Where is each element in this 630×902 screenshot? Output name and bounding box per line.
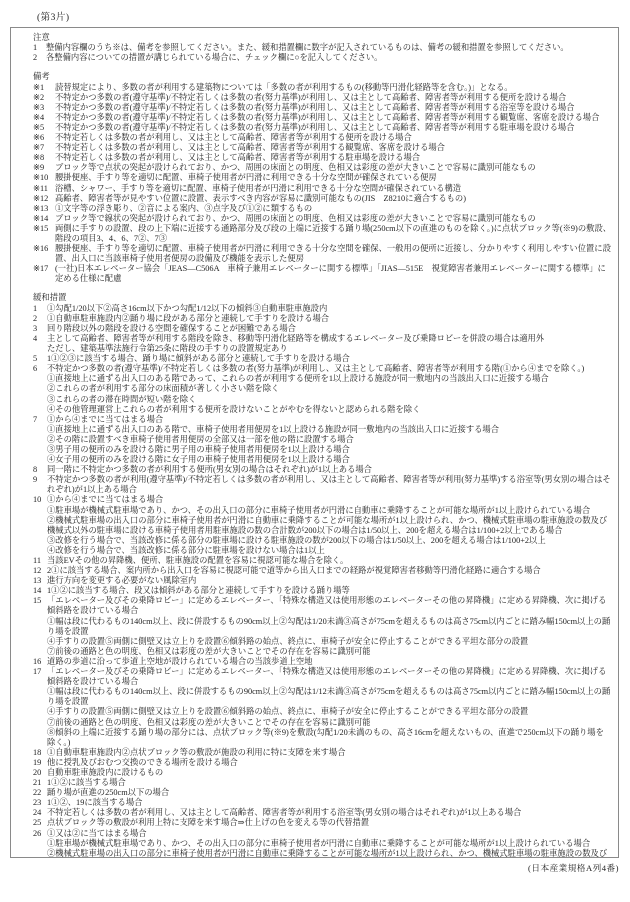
item-line: 不特定かつ多数の者(遵守基準)/不特定若しくは多数の者(努力基準)が利用し、又は… [55,123,612,133]
item-line: 1①②に該当する場合、段又は傾斜がある部分と連続して手すりを設ける踊り場等 [47,586,612,596]
list-item: 23 1①②、19に該当する場合 [33,798,612,808]
item-body: 読替規定により、多数の者が利用する建築物については「多数の者が利用するもの(移動… [55,83,612,93]
item-body: ①自動車駐車施設内②踊り場に段がある部分と連続して手すりを設ける場合 [47,314,612,324]
item-number: 2 [33,314,47,324]
item-number: ※1 [33,83,55,93]
item-line: ①幅は段に代わるもの140cm以上、段に併設するもの90cm以上②勾配は1/12… [47,687,612,707]
item-body: (一社)日本エレベーター協会「JEAS—C506A 車椅子兼用エレベーターに関す… [55,264,612,284]
item-body: 自動車駐車施設内に設けるもの [47,768,612,778]
item-body: 高齢者、障害者等が見やすい位置に設置、表示すべき内容が容易に識別可能なもの(JI… [55,194,612,204]
item-number: ※14 [33,214,55,224]
item-body: 不特定かつ多数の者(遵守基準)/不特定若しくは多数の者(努力基準)が利用し、又は… [55,93,612,103]
item-body: 当該EVその他の昇降機、便所、駐車施設の配置を容易に視認可能な場合を除く。 [47,556,612,566]
item-line: ③改修を行う場合で、当該改修に係る部分の駐車場に設ける駐車施設の数が200以下の… [47,536,612,546]
content-box: 注意 1 整備内容欄のうち※は、備考を参照してください。また、緩和措置欄に数字が… [10,27,619,858]
item-line: ①自動車駐車施設内②踊り場に段がある部分と連続して手すりを設ける場合 [47,314,612,324]
item-number: 10 [33,495,47,505]
item-number: 9 [33,475,47,485]
item-number: ※17 [33,264,55,274]
item-body: 不特定若しくは多数の者が利用し、又は主として高齢者、障害者等が利用する浴室等(男… [47,808,612,818]
item-body: 不特定かつ多数の者(遵守基準)/不特定若しくは多数の者(努力基準)が利用し、又は… [47,364,612,414]
item-number: 1 [33,304,47,314]
list-item: ※14 ブロック等で線状の突起が設けられており、かつ、周囲の床面との明度、色相又… [33,214,612,224]
item-line: ④その他管理運営上これらの者が利用する便所を設けないことがやむを得ないと認められ… [47,405,612,415]
item-line: ⑧傾斜の上端に近接する踊り場の部分には、点状ブロック等(※9)を敷設(勾配1/2… [47,728,612,748]
item-line: ①から④までに当てはまる場合 [47,415,612,425]
item-line: 整備内容欄のうち※は、備考を参照してください。また、緩和措置欄に数字が記入されて… [46,43,612,53]
item-body: 不特定若しくは多数の者が利用し、又は主として高齢者、障害者等が利用する便所を設け… [55,133,612,143]
item-body: 整備内容欄のうち※は、備考を参照してください。また、緩和措置欄に数字が記入されて… [46,43,612,53]
item-line: ①又は②に当てはまる場合 [47,829,612,839]
list-item: 2 各整備内容についての措置が講じられている場合に、チェック欄に○を記入してくだ… [33,53,612,63]
item-number: ※3 [33,103,55,113]
item-number: 7 [33,415,47,425]
item-line: ①駐車場が機械式駐車場であり、かつ、その出入口の部分に車椅子使用者が円滑に自動車… [47,839,612,849]
relaxations-list: 1 ①勾配1/20以下②高さ16cm以下かつ勾配1/12以下の傾斜③自動車駐車施… [33,304,612,858]
item-body: ブロック等で点状の突起が設けられており、かつ、周囲の床面との明度、色相又は彩度の… [55,163,612,173]
item-number: 21 [33,778,47,788]
list-item: 9 不特定かつ多数の者が利用(遵守基準)/不特定若しくは多数の者が利用し、又は主… [33,475,612,495]
item-line: ①自動車駐車施設内②点状ブロック等の敷設が施設の利用に特に支障を来す場合 [47,748,612,758]
item-body: 点状ブロック等の敷設が利用上特に支障を来す場合⇒仕上げの色を変える等の代替措置 [47,818,612,828]
item-line: 1①②、19に該当する場合 [47,798,612,808]
list-item: ※9 ブロック等で点状の突起が設けられており、かつ、周囲の床面との明度、色相又は… [33,163,612,173]
item-body: 回り階段以外の階段を設ける空間を確保することが困難である場合 [47,324,612,334]
item-number: 8 [33,465,47,475]
item-body: 不特定若しくは多数の者が利用し、又は主として高齢者、障害者等が利用する駐車場を設… [55,153,612,163]
list-item: 14 1①②に該当する場合、段又は傾斜がある部分と連続して手すりを設ける踊り場等 [33,586,612,596]
item-body: ブロック等で線状の突起が設けられており、かつ、周囲の床面との明度、色相又は彩度の… [55,214,612,224]
item-number: 17 [33,667,47,677]
item-line: ①文字等の浮き彫り、②音による案内、③点字及び①②に類するもの [55,204,612,214]
item-body: 1①②に該当する場合、段又は傾斜がある部分と連続して手すりを設ける踊り場等 [47,586,612,596]
item-line: 点状ブロック等の敷設が利用上特に支障を来す場合⇒仕上げの色を変える等の代替措置 [47,818,612,828]
item-number: 22 [33,788,47,798]
notice-heading: 注意 [33,33,612,43]
item-line: 回り階段以外の階段を設ける空間を確保することが困難である場合 [47,324,612,334]
list-item: 22 踊り場が直進の250cm以下の場合 [33,788,612,798]
item-body: 不特定かつ多数の者(遵守基準)/不特定若しくは多数の者(努力基準)が利用し、又は… [55,113,612,123]
item-line: ④女子用の便所のみを設ける階に女子用の車椅子使用者用便房を1以上設ける場合 [47,455,612,465]
list-item: ※8 不特定若しくは多数の者が利用し、又は主として高齢者、障害者等が利用する駐車… [33,153,612,163]
list-item: 11 当該EVその他の昇降機、便所、駐車施設の配置を容易に視認可能な場合を除く。 [33,556,612,566]
notice-section: 注意 1 整備内容欄のうち※は、備考を参照してください。また、緩和措置欄に数字が… [33,33,612,63]
item-number: ※8 [33,153,55,163]
item-line: 不特定かつ多数の者(遵守基準)/不特定若しくは多数の者(努力基準)が利用し、又は… [55,93,612,103]
list-item: 21 1①②に該当する場合 [33,778,612,788]
item-number: ※12 [33,194,55,204]
list-item: 12 2①に該当する場合、案内所から出入口を容易に視認可能で道等から出入口までの… [33,566,612,576]
item-body: ①又は②に当てはまる場合①駐車場が機械式駐車場であり、かつ、その出入口の部分に車… [47,829,612,858]
item-number: 20 [33,768,47,778]
item-body: ①から④までに当てはまる場合①駐車場が機械式駐車場であり、かつ、その出入口の部分… [47,495,612,556]
item-line: 浴槽、シャワー、手すり等を適切に配置、車椅子使用者が円滑に利用できる十分な空間が… [55,184,612,194]
item-number: 3 [33,324,47,334]
item-line: 2①に該当する場合、案内所から出入口を容易に視認可能で道等から出入口までの経路が… [47,566,612,576]
item-line: 1①②③に該当する場合、踊り場に傾斜がある部分と連続して手すりを設ける場合 [47,354,612,364]
item-number: ※15 [33,224,55,234]
item-number: 13 [33,576,47,586]
item-body: 1①②、19に該当する場合 [47,798,612,808]
item-body: 不特定かつ多数の者が利用(遵守基準)/不特定若しくは多数の者が利用し、又は主とし… [47,475,612,495]
item-body: 2①に該当する場合、案内所から出入口を容易に視認可能で道等から出入口までの経路が… [47,566,612,576]
item-body: 各整備内容についての措置が講じられている場合に、チェック欄に○を記入してください… [46,53,612,63]
item-body: ①勾配1/20以下②高さ16cm以下かつ勾配1/12以下の傾斜③自動車駐車施設内 [47,304,612,314]
item-line: 当該EVその他の昇降機、便所、駐車施設の配置を容易に視認可能な場合を除く。 [47,556,612,566]
item-line: 各整備内容についての措置が講じられている場合に、チェック欄に○を記入してください… [46,53,612,63]
item-line: ①直接地上に通ずる出入口のある階で、車椅子使用者用便房を1以上設ける施設が同一敷… [47,425,612,435]
relaxations-section: 緩和措置 1 ①勾配1/20以下②高さ16cm以下かつ勾配1/12以下の傾斜③自… [33,293,612,858]
item-line: ②機械式駐車場の出入口の部分に車椅子使用者が円滑に自動車に乗降することが可能な場… [47,849,612,858]
list-item: 2 ①自動車駐車施設内②踊り場に段がある部分と連続して手すりを設ける場合 [33,314,612,324]
item-line: 同一階に不特定かつ多数の者が利用する便所(男女別の場合はそれぞれ)が1以上ある場… [47,465,612,475]
list-item: ※7 不特定若しくは多数の者が利用し、又は主として高齢者、障害者等が利用する観覧… [33,143,612,153]
item-line: ④手すりの設置⑤両側に側壁又は立上りを設置⑥傾斜路の始点、終点に、車椅子が安全に… [47,707,612,717]
item-number: 6 [33,364,47,374]
item-line: ⑦前後の通路と色の明度、色相又は彩度の差が大きいことでその存在を容易に識別可能 [47,718,612,728]
list-item: ※2 不特定かつ多数の者(遵守基準)/不特定若しくは多数の者(努力基準)が利用し… [33,93,612,103]
item-line: 腰掛便座、手すり等を適切に配置、車椅子使用者が円滑に利用できる十分な空間を確保、… [55,244,612,264]
list-item: 20 自動車駐車施設内に設けるもの [33,768,612,778]
item-body: 両側に手すりの設置、段の上下端に近接する通路部分及び段の上端に近接する踊り場(2… [55,224,612,244]
item-line: ③これらの者の滞在時間が短い階を除く [47,395,612,405]
item-number: 18 [33,748,47,758]
list-item: ※10 腰掛便座、手すり等を適切に配置、車椅子使用者が円滑に利用できる十分な空間… [33,173,612,183]
item-body: ①文字等の浮き彫り、②音による案内、③点字及び①②に類するもの [55,204,612,214]
item-line: 不特定若しくは多数の者が利用し、又は主として高齢者、障害者等が利用する便所を設け… [55,133,612,143]
list-item: 16 道路の歩道に沿って歩道上空地が設けられている場合の当該歩道上空地 [33,657,612,667]
item-line: ②これらの者が利用する部分の床面積が著しく小さい階を除く [47,384,612,394]
item-body: 腰掛便座、手すり等を適切に配置、車椅子使用者が円滑に利用できる十分な空間が確保さ… [55,173,612,183]
item-line: ②機械式駐車場の出入口の部分に車椅子使用者が円滑に自動車に乗降することが可能な場… [47,516,612,536]
list-item: ※4 不特定かつ多数の者(遵守基準)/不特定若しくは多数の者(努力基準)が利用し… [33,113,612,123]
item-number: ※6 [33,133,55,143]
item-number: 15 [33,596,47,606]
item-number: 1 [33,43,46,53]
item-number: 12 [33,566,47,576]
item-body: 他に授乳及びおむつ交換のできる場所を設ける場合 [47,758,612,768]
item-number: 25 [33,818,47,828]
item-number: ※11 [33,184,55,194]
relaxations-heading: 緩和措置 [33,293,612,303]
item-number: 2 [33,53,46,63]
item-body: 不特定若しくは多数の者が利用し、又は主として高齢者、障害者等が利用する観覧席、客… [55,143,612,153]
item-number: 5 [33,354,47,364]
item-line: ただし、建築基準法施行令第25条に階段の手すりの設置規定あり [47,344,612,354]
remarks-heading: 備考 [33,72,612,82]
list-item: 19 他に授乳及びおむつ交換のできる場所を設ける場合 [33,758,612,768]
remarks-list: ※1 読替規定により、多数の者が利用する建築物については「多数の者が利用するもの… [33,83,612,285]
item-number: ※2 [33,93,55,103]
item-body: 同一階に不特定かつ多数の者が利用する便所(男女別の場合はそれぞれ)が1以上ある場… [47,465,612,475]
item-line: 道路の歩道に沿って歩道上空地が設けられている場合の当該歩道上空地 [47,657,612,667]
item-line: ①から④までに当てはまる場合 [47,495,612,505]
item-line: 不特定かつ多数の者(遵守基準)/不特定若しくは多数の者(努力基準)が利用し、又は… [55,113,612,123]
sheet-label: (第3片) [37,9,70,23]
item-body: 不特定かつ多数の者(遵守基準)/不特定若しくは多数の者(努力基準)が利用し、又は… [55,123,612,133]
item-line: ①直接地上に通ずる出入口のある階であって、これらの者が利用する便所を1以上設ける… [47,374,612,384]
item-body: 「エレベーター及びその乗降ロビー」に定めるエレベーター、「特殊な構造又は使用形態… [47,667,612,748]
item-line: 不特定若しくは多数の者が利用し、又は主として高齢者、障害者等が利用する浴室等(男… [47,808,612,818]
list-item: 4 主として高齢者、障害者等が利用する階段を除き、移動等円滑化経路等を構成するエ… [33,334,612,354]
list-item: 6 不特定かつ多数の者(遵守基準)/不特定若しくは多数の者(努力基準)が利用し、… [33,364,612,414]
item-number: 4 [33,334,47,344]
item-line: 不特定若しくは多数の者が利用し、又は主として高齢者、障害者等が利用する駐車場を設… [55,153,612,163]
item-body: ①自動車駐車施設内②点状ブロック等の敷設が施設の利用に特に支障を来す場合 [47,748,612,758]
item-number: 26 [33,829,47,839]
item-body: 1①②に該当する場合 [47,778,612,788]
item-line: 不特定若しくは多数の者が利用し、又は主として高齢者、障害者等が利用する観覧席、客… [55,143,612,153]
item-body: 進行方向を変更する必要がない風除室内 [47,576,612,586]
item-line: 「エレベーター及びその乗降ロビー」に定めるエレベーター、「特殊な構造又は使用形態… [47,596,612,616]
item-number: ※7 [33,143,55,153]
list-item: 18 ①自動車駐車施設内②点状ブロック等の敷設が施設の利用に特に支障を来す場合 [33,748,612,758]
item-body: 浴槽、シャワー、手すり等を適切に配置、車椅子使用者が円滑に利用できる十分な空間が… [55,184,612,194]
list-item: 8 同一階に不特定かつ多数の者が利用する便所(男女別の場合はそれぞれ)が1以上あ… [33,465,612,475]
item-body: ①から④までに当てはまる場合①直接地上に通ずる出入口のある階で、車椅子使用者用便… [47,415,612,465]
item-line: ①勾配1/20以下②高さ16cm以下かつ勾配1/12以下の傾斜③自動車駐車施設内 [47,304,612,314]
item-line: ①駐車場が機械式駐車場であり、かつ、その出入口の部分に車椅子使用者が円滑に自動車… [47,506,612,516]
list-item: 26 ①又は②に当てはまる場合①駐車場が機械式駐車場であり、かつ、その出入口の部… [33,829,612,858]
list-item: ※6 不特定若しくは多数の者が利用し、又は主として高齢者、障害者等が利用する便所… [33,133,612,143]
item-body: 道路の歩道に沿って歩道上空地が設けられている場合の当該歩道上空地 [47,657,612,667]
notice-list: 1 整備内容欄のうち※は、備考を参照してください。また、緩和措置欄に数字が記入さ… [33,43,612,63]
item-number: ※4 [33,113,55,123]
item-number: ※13 [33,204,55,214]
item-line: 自動車駐車施設内に設けるもの [47,768,612,778]
item-line: 不特定かつ多数の者(遵守基準)/不特定若しくは多数の者(努力基準)が利用し、又は… [55,103,612,113]
list-item: 1 整備内容欄のうち※は、備考を参照してください。また、緩和措置欄に数字が記入さ… [33,43,612,53]
item-line: 他に授乳及びおむつ交換のできる場所を設ける場合 [47,758,612,768]
item-line: 不特定かつ多数の者(遵守基準)/不特定若しくは多数の者(努力基準)が利用し、又は… [47,364,612,374]
list-item: ※17 (一社)日本エレベーター協会「JEAS—C506A 車椅子兼用エレベータ… [33,264,612,284]
item-line: 両側に手すりの設置、段の上下端に近接する通路部分及び段の上端に近接する踊り場(2… [55,224,612,244]
list-item: ※5 不特定かつ多数の者(遵守基準)/不特定若しくは多数の者(努力基準)が利用し… [33,123,612,133]
list-item: ※15 両側に手すりの設置、段の上下端に近接する通路部分及び段の上端に近接する踊… [33,224,612,244]
list-item: 7 ①から④までに当てはまる場合①直接地上に通ずる出入口のある階で、車椅子使用者… [33,415,612,465]
item-line: 「エレベーター及びその乗降ロビー」に定めるエレベーター、「特殊な構造又は使用形態… [47,667,612,687]
item-number: 14 [33,586,47,596]
list-item: ※3 不特定かつ多数の者(遵守基準)/不特定若しくは多数の者(努力基準)が利用し… [33,103,612,113]
item-body: 不特定かつ多数の者(遵守基準)/不特定若しくは多数の者(努力基準)が利用し、又は… [55,103,612,113]
list-item: 10 ①から④までに当てはまる場合①駐車場が機械式駐車場であり、かつ、その出入口… [33,495,612,556]
paper-size-note: (日本産業規格A列4番) [528,862,619,874]
item-line: 高齢者、障害者等が見やすい位置に設置、表示すべき内容が容易に識別可能なもの(JI… [55,194,612,204]
item-line: ④手すりの設置⑤両側に側壁又は立上りを設置⑥傾斜路の始点、終点に、車椅子が安全に… [47,637,612,647]
item-line: 主として高齢者、障害者等が利用する階段を除き、移動等円滑化経路等を構成するエレベ… [47,334,612,344]
list-item: 25 点状ブロック等の敷設が利用上特に支障を来す場合⇒仕上げの色を変える等の代替… [33,818,612,828]
remarks-section: 備考 ※1 読替規定により、多数の者が利用する建築物については「多数の者が利用す… [33,72,612,284]
item-line: 踊り場が直進の250cm以下の場合 [47,788,612,798]
item-line: 腰掛便座、手すり等を適切に配置、車椅子使用者が円滑に利用できる十分な空間が確保さ… [55,173,612,183]
item-body: 踊り場が直進の250cm以下の場合 [47,788,612,798]
item-line: ⑦前後の通路と色の明度、色相又は彩度の差が大きいことでその存在を容易に識別可能 [47,647,612,657]
item-body: 1①②③に該当する場合、踊り場に傾斜がある部分と連続して手すりを設ける場合 [47,354,612,364]
item-line: ④改修を行う場合で、当該改修に係る部分に駐車場を設けない場合は1以上 [47,546,612,556]
list-item: 5 1①②③に該当する場合、踊り場に傾斜がある部分と連続して手すりを設ける場合 [33,354,612,364]
list-item: ※1 読替規定により、多数の者が利用する建築物については「多数の者が利用するもの… [33,83,612,93]
list-item: 1 ①勾配1/20以下②高さ16cm以下かつ勾配1/12以下の傾斜③自動車駐車施… [33,304,612,314]
list-item: 17 「エレベーター及びその乗降ロビー」に定めるエレベーター、「特殊な構造又は使… [33,667,612,748]
item-number: 23 [33,798,47,808]
item-line: ①幅は段に代わるもの140cm以上、段に併設するもの90cm以上②勾配は1/20… [47,617,612,637]
item-number: ※9 [33,163,55,173]
list-item: ※12 高齢者、障害者等が見やすい位置に設置、表示すべき内容が容易に識別可能なも… [33,194,612,204]
item-number: ※16 [33,244,55,254]
item-line: ②その階に設置すべき車椅子使用者用便房の全部又は一部を他の階に設置する場合 [47,435,612,445]
item-body: 主として高齢者、障害者等が利用する階段を除き、移動等円滑化経路等を構成するエレベ… [47,334,612,354]
item-line: (一社)日本エレベーター協会「JEAS—C506A 車椅子兼用エレベーターに関す… [55,264,612,284]
list-item: ※11 浴槽、シャワー、手すり等を適切に配置、車椅子使用者が円滑に利用できる十分… [33,184,612,194]
item-number: 16 [33,657,47,667]
item-line: 不特定かつ多数の者が利用(遵守基準)/不特定若しくは多数の者が利用し、又は主とし… [47,475,612,495]
list-item: 3 回り階段以外の階段を設ける空間を確保することが困難である場合 [33,324,612,334]
item-line: 読替規定により、多数の者が利用する建築物については「多数の者が利用するもの(移動… [55,83,612,93]
item-body: 「エレベーター及びその乗降ロビー」に定めるエレベーター、「特殊な構造又は使用形態… [47,596,612,657]
item-line: 1①②に該当する場合 [47,778,612,788]
list-item: 15 「エレベーター及びその乗降ロビー」に定めるエレベーター、「特殊な構造又は使… [33,596,612,657]
list-item: 13 進行方向を変更する必要がない風除室内 [33,576,612,586]
item-number: 19 [33,758,47,768]
list-item: ※16 腰掛便座、手すり等を適切に配置、車椅子使用者が円滑に利用できる十分な空間… [33,244,612,264]
list-item: ※13 ①文字等の浮き彫り、②音による案内、③点字及び①②に類するもの [33,204,612,214]
item-number: ※10 [33,173,55,183]
item-line: ブロック等で点状の突起が設けられており、かつ、周囲の床面との明度、色相又は彩度の… [55,163,612,173]
item-body: 腰掛便座、手すり等を適切に配置、車椅子使用者が円滑に利用できる十分な空間を確保、… [55,244,612,264]
item-line: ③男子用の便所のみを設ける階に男子用の車椅子使用者用便房を1以上設ける場合 [47,445,612,455]
list-item: 24 不特定若しくは多数の者が利用し、又は主として高齢者、障害者等が利用する浴室… [33,808,612,818]
item-number: ※5 [33,123,55,133]
item-number: 24 [33,808,47,818]
item-line: 進行方向を変更する必要がない風除室内 [47,576,612,586]
item-number: 11 [33,556,47,566]
item-line: ブロック等で線状の突起が設けられており、かつ、周囲の床面との明度、色相又は彩度の… [55,214,612,224]
